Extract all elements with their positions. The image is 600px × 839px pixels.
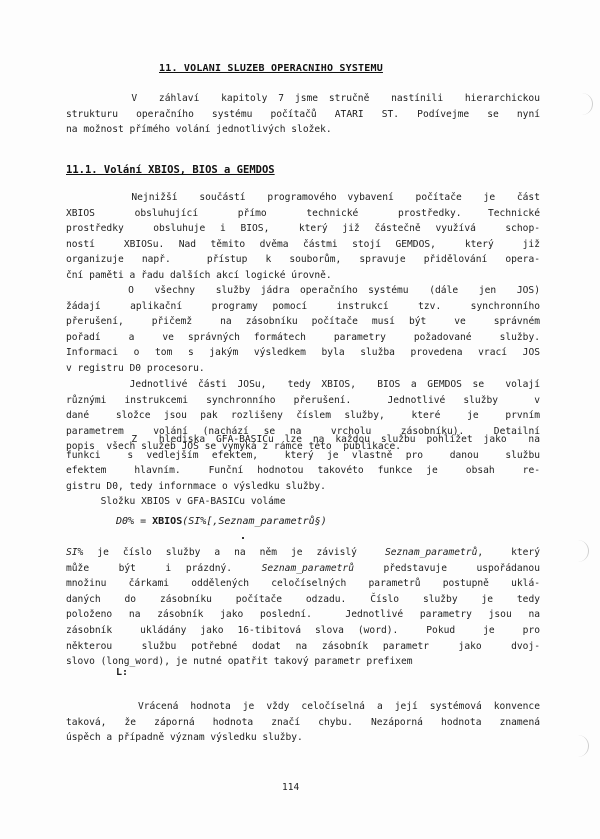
section-title: 11.1. Volání XBIOS, BIOS a GEMDOS — [66, 164, 275, 176]
text-line: O všechny služby jádra operačního systém… — [66, 283, 540, 299]
text-line: Informaci o tom s jakým výsledkem byla s… — [66, 345, 540, 361]
text-span: , který — [477, 547, 540, 558]
punch-hole-mark — [574, 540, 589, 562]
text-line: žádají aplikační programy pomocí instruk… — [66, 299, 540, 315]
text-line: slovo (long_word), je nutné opatřit tako… — [66, 654, 540, 670]
param-name: SI% — [66, 547, 83, 558]
intro-paragraph: V záhlaví kapitoly 7 jsme stručně nastín… — [66, 91, 540, 138]
text-line: daných do zásobníku počítače odzadu. Čís… — [66, 592, 540, 608]
text-span: je číslo služby a na něm je závislý — [83, 547, 385, 558]
text-line: dané složce jsou pak rozlišeny číslem sl… — [66, 408, 540, 424]
text-line: XBIOS obsluhující přímo technické prostř… — [66, 206, 540, 222]
text-line: strukturu operačního systému počítačů AT… — [66, 107, 540, 123]
formula-keyword: XBIOS — [152, 516, 182, 527]
text-span: představuje uspořádanou — [354, 563, 540, 574]
punch-hole-mark — [574, 735, 589, 757]
text-line: Jednotlivé části JOSu, tedy XBIOS, BIOS … — [66, 377, 540, 393]
paragraph-6: SI% je číslo služby a na něm je závislý … — [66, 545, 540, 670]
punch-hole-mark — [578, 93, 593, 115]
param-name: Seznam_parametrů — [385, 547, 477, 558]
text-line: funkci s vedlejším efektem, který je vla… — [66, 448, 540, 464]
text-line: přerušení, přičemž na zásobníku počítače… — [66, 314, 540, 330]
text-line: pořadí a ve správných formátech parametr… — [66, 330, 540, 346]
text-line: Složku XBIOS v GFA-BASICu voláme — [66, 494, 540, 510]
text-line: Nejnižší součástí programového vybavení … — [66, 190, 540, 206]
text-line: SI% je číslo služby a na něm je závislý … — [66, 545, 540, 561]
text-line: může být i prázdný. Seznam_parametrů pře… — [66, 561, 540, 577]
text-line: různými instrukcemi synchronního přeruše… — [66, 393, 540, 409]
text-line: některou službu potřebné dodat na zásobn… — [66, 639, 540, 655]
text-line: množinu čárkami oddělených celočíselných… — [66, 576, 540, 592]
text-line: organizuje např. přístup k souborům, spr… — [66, 252, 540, 268]
text-line: gistru D0, tedy infornmace o výsledku sl… — [66, 479, 540, 495]
text-line: na možnost přímého volání jednotlivých s… — [66, 122, 540, 138]
paragraph-1: Nejnižší součástí programového vybavení … — [66, 190, 540, 284]
formula-lhs: D0% = — [116, 516, 152, 527]
text-line: V záhlaví kapitoly 7 jsme stručně nastín… — [66, 91, 540, 107]
formula-args: (SI%[,Seznam_parametrů§) — [182, 516, 327, 527]
text-line: Z hlediska GFA-BASICu lze na každou služ… — [66, 432, 540, 448]
text-line: taková, že záporná hodnota značí chybu. … — [66, 715, 540, 731]
text-line: Vrácená hodnota je vždy celočíselná a je… — [66, 699, 540, 715]
text-line: ností XBIOSu. Nad těmito dvěma částmi st… — [66, 237, 540, 253]
param-name: Seznam_parametrů — [262, 563, 354, 574]
text-line: zásobník ukládány jako 16-tibitová slova… — [66, 623, 540, 639]
text-line: efektem hlavním. Funční hodnotou takovét… — [66, 463, 540, 479]
chapter-title: 11. VOLANI SLUZEB OPERACNIHO SYSTEMU — [159, 63, 383, 74]
text-line: úspěch a případně význam výsledku služby… — [66, 730, 540, 746]
page-number: 114 — [282, 782, 299, 793]
paragraph-2: O všechny služby jádra operačního systém… — [66, 283, 540, 377]
text-span: může být i prázdný. — [66, 563, 262, 574]
scan-speck — [242, 537, 244, 539]
text-line: prostředky obsluhuje i BIOS, který již č… — [66, 221, 540, 237]
paragraph-7: Vrácená hodnota je vždy celočíselná a je… — [66, 699, 540, 746]
text-line: v registru D0 procesoru. — [66, 361, 540, 377]
long-prefix-label: L: — [116, 667, 128, 678]
xbios-call-syntax: D0% = XBIOS(SI%[,Seznam_parametrů§) — [116, 516, 327, 527]
text-line: položeno na zásobník jako poslední. Jedn… — [66, 607, 540, 623]
document-page: 11. VOLANI SLUZEB OPERACNIHO SYSTEMU V z… — [0, 0, 600, 839]
paragraph-4: Z hlediska GFA-BASICu lze na každou služ… — [66, 432, 540, 510]
text-line: ční paměti a řadu dalších akcí logické ú… — [66, 268, 540, 284]
